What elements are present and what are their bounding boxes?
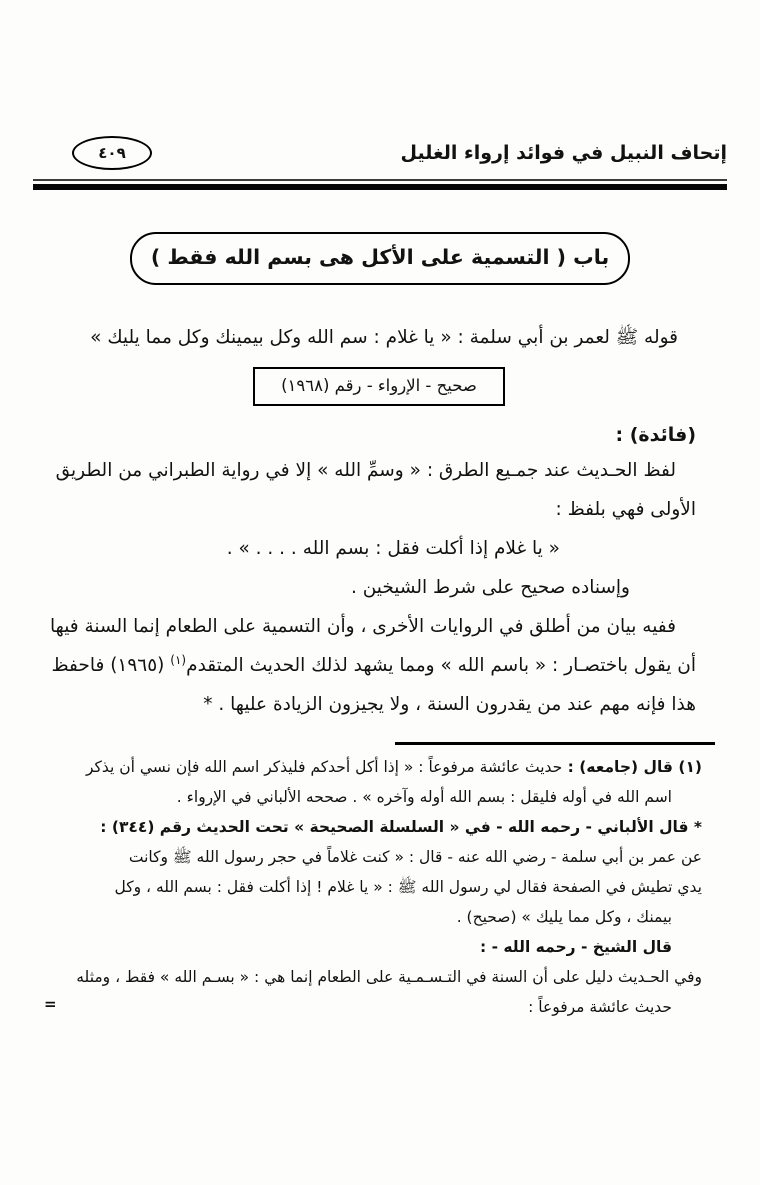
body-text-line: وإسناده صحيح على شرط الشيخين . <box>62 568 696 607</box>
chapter-title: باب ( التسمية على الأكل هى بسم الله فقط … <box>151 245 609 269</box>
text-run: (١) قال (جامعه) : <box>562 758 702 776</box>
body-text-line: أن يقول باختصـار : « باسم الله » ومما يش… <box>62 646 696 685</box>
text-run: وإسناده صحيح على شرط الشيخين . <box>351 577 630 598</box>
text-run: يدي تطيش في الصفحة فقال لي رسول الله ﷺ :… <box>115 878 703 896</box>
header-rule <box>33 179 727 190</box>
footnote-line: حديث عائشة مرفوعاً : <box>36 992 702 1022</box>
footnote-line: يدي تطيش في الصفحة فقال لي رسول الله ﷺ :… <box>36 872 702 902</box>
grading-text: صحيح - الإرواء - رقم (١٩٦٨) <box>281 376 477 395</box>
chapter-title-box: باب ( التسمية على الأكل هى بسم الله فقط … <box>130 232 630 285</box>
text-run: أن يقول باختصـار : « باسم الله » ومما يش… <box>186 655 696 676</box>
main-content: قوله ﷺ لعمر بن أبي سلمة : « يا غلام : سم… <box>0 323 760 724</box>
header-rule-thick <box>33 184 727 190</box>
text-run: عن عمر بن أبي سلمة - رضي الله عنه - قال … <box>129 848 702 866</box>
body-text-line: لفظ الحـديث عند جمـيع الطرق : « وسمِّ ال… <box>62 451 696 490</box>
book-title: إتحاف النبيل في فوائد إرواء الغليل <box>401 142 727 164</box>
header-rule-thin <box>33 179 727 181</box>
text-run: بيمنك ، وكل مما يليك » (صحيح) . <box>457 908 672 926</box>
footnote-line: اسم الله في أوله فليقل : بسم الله أوله و… <box>36 782 702 812</box>
footnote-line: عن عمر بن أبي سلمة - رضي الله عنه - قال … <box>36 842 702 872</box>
book-page: إتحاف النبيل في فوائد إرواء الغليل ٤٠٩ ب… <box>0 0 760 1185</box>
continuation-mark: = <box>44 995 57 1013</box>
text-run: ففيه بيان من أطلق في الروايات الأخرى ، و… <box>50 616 676 637</box>
text-run: هذا فإنه مهم عند من يقدرون السنة ، ولا ي… <box>203 694 696 715</box>
text-run: الأولى فهي بلفظ : <box>555 499 696 520</box>
text-run: قال الشيخ - رحمه الله - : <box>480 938 672 956</box>
body-text-line: ففيه بيان من أطلق في الروايات الأخرى ، و… <box>62 607 696 646</box>
faida-heading: (فائدة) : <box>62 424 696 446</box>
page-number: ٤٠٩ <box>98 144 125 162</box>
body-text-line: الأولى فهي بلفظ : <box>62 490 696 529</box>
grading-box: صحيح - الإرواء - رقم (١٩٦٨) <box>253 367 505 406</box>
text-run: حديث عائشة مرفوعاً : <box>528 998 672 1016</box>
body-text-line: هذا فإنه مهم عند من يقدرون السنة ، ولا ي… <box>62 685 696 724</box>
text-run: لفظ الحـديث عند جمـيع الطرق : « وسمِّ ال… <box>56 460 676 481</box>
footnote-line: * قال الألباني - رحمه الله - في « السلسل… <box>36 812 702 842</box>
text-run: (١٩٦٥) فاحفظ <box>51 655 170 676</box>
footnote-line: بيمنك ، وكل مما يليك » (صحيح) . <box>36 902 702 932</box>
text-run: * قال الألباني - رحمه الله - في « السلسل… <box>100 818 702 836</box>
text-run: حديث عائشة مرفوعاً : « إذا أكل أحدكم فلي… <box>86 758 562 776</box>
body-text-line: « يا غلام إذا أكلت فقل : بسم الله . . . … <box>62 529 696 568</box>
footnote-line: قال الشيخ - رحمه الله - : <box>36 932 702 962</box>
footnote-line: وفي الحـديث دليل على أن السنة في التـسـم… <box>36 962 702 992</box>
body-text: لفظ الحـديث عند جمـيع الطرق : « وسمِّ ال… <box>62 451 696 724</box>
hadith-text: قوله ﷺ لعمر بن أبي سلمة : « يا غلام : سم… <box>62 323 696 353</box>
page-header: إتحاف النبيل في فوائد إرواء الغليل ٤٠٩ <box>72 0 727 170</box>
footnote-line: (١) قال (جامعه) : حديث عائشة مرفوعاً : «… <box>36 752 702 782</box>
page-number-badge: ٤٠٩ <box>72 136 152 170</box>
text-run: اسم الله في أوله فليقل : بسم الله أوله و… <box>177 788 672 806</box>
footnote-section: (١) قال (جامعه) : حديث عائشة مرفوعاً : «… <box>0 745 760 1022</box>
text-run: (١) <box>170 653 186 667</box>
text-run: وفي الحـديث دليل على أن السنة في التـسـم… <box>76 968 702 986</box>
text-run: « يا غلام إذا أكلت فقل : بسم الله . . . … <box>227 538 560 559</box>
